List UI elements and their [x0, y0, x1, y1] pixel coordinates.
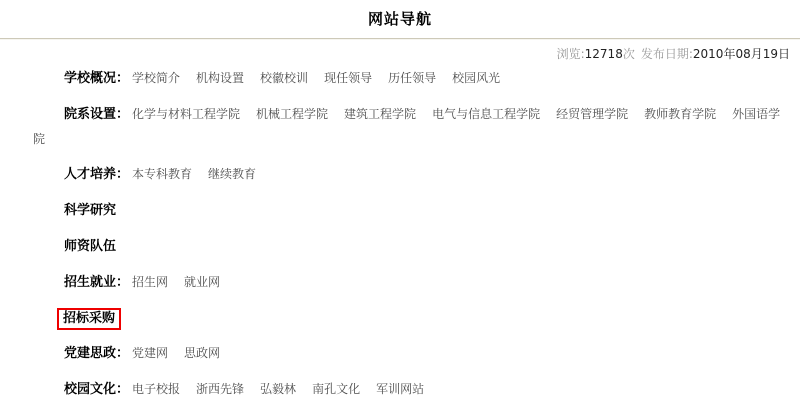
site-navigation: 学校概况：学校简介机构设置校徽校训现任领导历任领导校园风光 院系设置：化学与材料…: [33, 66, 783, 406]
nav-link[interactable]: 党建网: [132, 346, 168, 360]
publish-date-label: 发布日期:: [641, 47, 693, 61]
nav-link[interactable]: 南孔文化: [312, 382, 360, 396]
page-title: 网站导航: [0, 8, 800, 29]
nav-link[interactable]: 机构设置: [196, 71, 244, 85]
nav-link[interactable]: 本专科教育: [132, 167, 192, 181]
nav-row-bidding-procurement: 招标采购: [33, 306, 783, 330]
views-unit: 次: [623, 47, 635, 61]
views-count: 12718: [585, 47, 623, 61]
nav-row-admissions-employment: 招生就业：招生网就业网: [33, 270, 783, 295]
nav-link[interactable]: 机械工程学院: [256, 107, 328, 121]
nav-category-label: 校园文化：: [64, 382, 129, 397]
nav-category-label: 招生就业：: [64, 275, 129, 290]
publish-date-value: 2010年08月19日: [693, 47, 790, 61]
nav-category-link[interactable]: 师资队伍: [64, 239, 116, 254]
nav-link[interactable]: 经贸管理学院: [556, 107, 628, 121]
nav-link[interactable]: 建筑工程学院: [344, 107, 416, 121]
nav-link[interactable]: 教师教育学院: [644, 107, 716, 121]
nav-link[interactable]: 电子校报: [132, 382, 180, 396]
nav-row-school-overview: 学校概况：学校简介机构设置校徽校训现任领导历任领导校园风光: [33, 66, 783, 91]
nav-link[interactable]: 弘毅林: [260, 382, 296, 396]
nav-category-label: 人才培养：: [64, 167, 129, 182]
nav-link[interactable]: 继续教育: [208, 167, 256, 181]
nav-row-talent-cultivation: 人才培养：本专科教育继续教育: [33, 162, 783, 187]
nav-link[interactable]: 招生网: [132, 275, 168, 289]
nav-row-departments: 院系设置：化学与材料工程学院机械工程学院建筑工程学院电气与信息工程学院经贸管理学…: [33, 102, 783, 151]
article-meta: 浏览:12718次发布日期:2010年08月19日: [557, 45, 790, 62]
nav-row-campus-culture: 校园文化：电子校报浙西先锋弘毅林南孔文化军训网站: [33, 377, 783, 402]
nav-row-party-building: 党建思政：党建网思政网: [33, 341, 783, 366]
nav-link[interactable]: 校徽校训: [260, 71, 308, 85]
nav-link[interactable]: 学校简介: [132, 71, 180, 85]
nav-link[interactable]: 化学与材料工程学院: [132, 107, 240, 121]
nav-link[interactable]: 现任领导: [324, 71, 372, 85]
views-label: 浏览:: [557, 47, 585, 61]
nav-row-faculty: 师资队伍: [33, 234, 783, 259]
header-divider: [0, 38, 800, 40]
nav-link[interactable]: 历任领导: [388, 71, 436, 85]
nav-link[interactable]: 思政网: [184, 346, 220, 360]
nav-row-scientific-research: 科学研究: [33, 198, 783, 223]
highlighted-nav-category-link[interactable]: 招标采购: [57, 308, 121, 330]
nav-category-label: 党建思政：: [64, 346, 129, 361]
nav-category-label: 院系设置：: [64, 107, 129, 122]
nav-category-label: 学校概况：: [64, 71, 129, 86]
nav-link[interactable]: 电气与信息工程学院: [432, 107, 540, 121]
nav-link[interactable]: 军训网站: [376, 382, 424, 396]
nav-category-link[interactable]: 科学研究: [64, 203, 116, 218]
nav-link[interactable]: 浙西先锋: [196, 382, 244, 396]
nav-link[interactable]: 就业网: [184, 275, 220, 289]
nav-link[interactable]: 校园风光: [452, 71, 500, 85]
